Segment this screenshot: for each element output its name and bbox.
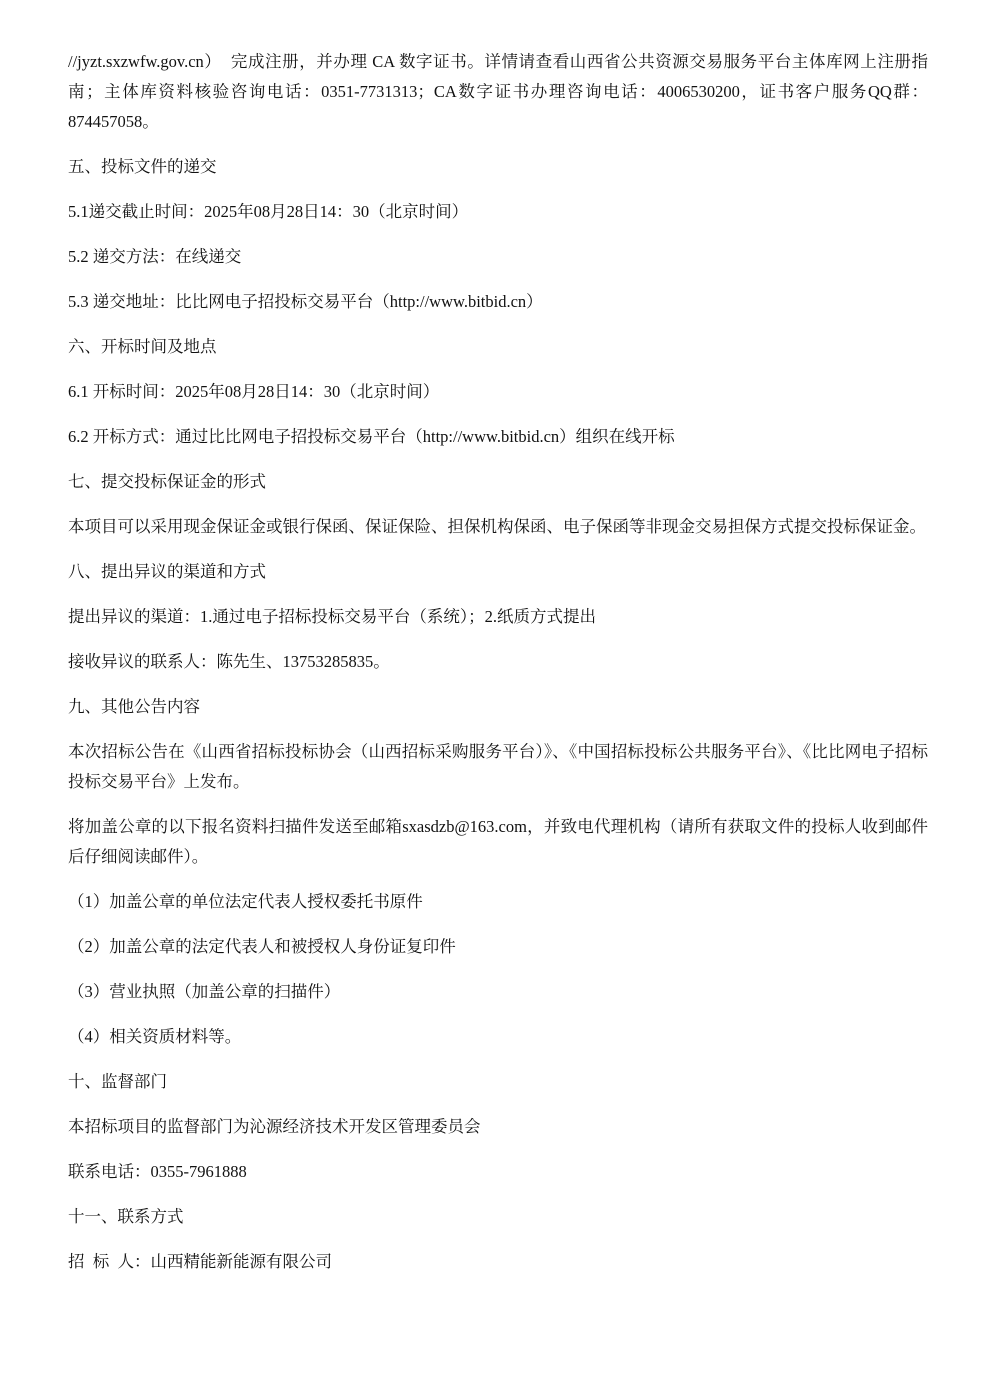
email-submission-note: 将加盖公章的以下报名资料扫描件发送至邮箱sxasdzb@163.com，并致电代… bbox=[68, 812, 928, 872]
supervision-phone: 联系电话：0355-7961888 bbox=[68, 1157, 928, 1187]
clause-6-2-open-method: 6.2 开标方式：通过比比网电子招投标交易平台（http://www.bitbi… bbox=[68, 422, 928, 452]
section-6-heading: 六、开标时间及地点 bbox=[68, 332, 928, 362]
section-8-heading: 八、提出异议的渠道和方式 bbox=[68, 557, 928, 587]
section-9-heading: 九、其他公告内容 bbox=[68, 692, 928, 722]
clause-5-1-deadline: 5.1递交截止时间：2025年08月28日14：30（北京时间） bbox=[68, 197, 928, 227]
objection-contact: 接收异议的联系人：陈先生、13753285835。 bbox=[68, 647, 928, 677]
section-7-heading: 七、提交投标保证金的形式 bbox=[68, 467, 928, 497]
document-page: //jyzt.sxzwfw.gov.cn） 完成注册，并办理 CA 数字证书。详… bbox=[0, 0, 988, 1396]
required-doc-4: （4）相关资质材料等。 bbox=[68, 1022, 928, 1052]
section-5-heading: 五、投标文件的递交 bbox=[68, 152, 928, 182]
bid-bond-forms: 本项目可以采用现金保证金或银行保函、保证保险、担保机构保函、电子保函等非现金交易… bbox=[68, 512, 928, 542]
supervision-department: 本招标项目的监督部门为沁源经济技术开发区管理委员会 bbox=[68, 1112, 928, 1142]
section-10-heading: 十、监督部门 bbox=[68, 1067, 928, 1097]
tenderer-name: 招 标 人：山西精能新能源有限公司 bbox=[68, 1247, 928, 1277]
clause-6-1-open-time: 6.1 开标时间：2025年08月28日14：30（北京时间） bbox=[68, 377, 928, 407]
objection-channels: 提出异议的渠道：1.通过电子招标投标交易平台（系统）；2.纸质方式提出 bbox=[68, 602, 928, 632]
required-doc-3: （3）营业执照（加盖公章的扫描件） bbox=[68, 977, 928, 1007]
clause-5-3-address: 5.3 递交地址：比比网电子招投标交易平台（http://www.bitbid.… bbox=[68, 287, 928, 317]
clause-5-2-method: 5.2 递交方法：在线递交 bbox=[68, 242, 928, 272]
announcement-platforms: 本次招标公告在《山西省招标投标协会（山西招标采购服务平台）》、《中国招标投标公共… bbox=[68, 737, 928, 797]
required-doc-1: （1）加盖公章的单位法定代表人授权委托书原件 bbox=[68, 887, 928, 917]
required-doc-2: （2）加盖公章的法定代表人和被授权人身份证复印件 bbox=[68, 932, 928, 962]
section-11-heading: 十一、联系方式 bbox=[68, 1202, 928, 1232]
registration-ca-note: //jyzt.sxzwfw.gov.cn） 完成注册，并办理 CA 数字证书。详… bbox=[68, 47, 928, 137]
